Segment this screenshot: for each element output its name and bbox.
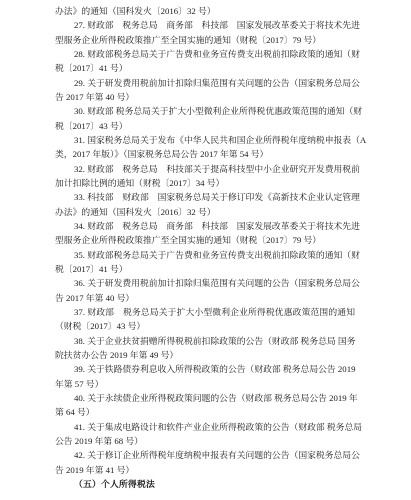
wrapped-line: 办法》的通知（国科发火〔2016〕32 号） [55, 4, 355, 18]
wrapped-line: 告 2017 年第 40 号） [55, 90, 355, 104]
list-item-line: 36. 关于研发费用税前加计扣除归集范围有关问题的公告（国家税务总局公 [55, 276, 355, 290]
list-item-line: 40. 关于永续债企业所得税政策问题的公告（财政部 税务总局公告 2019 年 [55, 391, 355, 405]
wrapped-line: 加计扣除比例的通知（财税〔2017〕34 号） [55, 176, 355, 190]
wrapped-line: 办法》的通知（国科发火〔2016〕32 号） [55, 205, 355, 219]
list-item-line: 32. 财政部 税务总局 科技部关于提高科技型中小企业研究开发费用税前 [55, 162, 355, 176]
list-item-line: 35. 财政部税务总局关于广告费和业务宣传费支出税前扣除政策的通知（财 [55, 248, 355, 262]
list-item-line: 38. 关于企业扶贫捐赠所得税税前扣除政策的公告（财政部 税务总局 国务 [55, 334, 355, 348]
wrapped-line: 年第 57 号） [55, 377, 355, 391]
document-page: 办法》的通知（国科发火〔2016〕32 号） 27. 财政部 税务总局 商务部 … [55, 4, 355, 491]
list-item-line: 39. 关于铁路债券利息收入所得税政策的公告（财政部 税务总局公告 2019 [55, 362, 355, 376]
list-item-line: 29. 关于研发费用税前加计扣除归集范围有关问题的公告（国家税务总局公 [55, 76, 355, 90]
list-item-line: 37. 财政部 税务总局关于扩大小型微利企业所得税优惠政策范围的通知 [55, 305, 355, 319]
wrapped-line: 第 64 号） [55, 405, 355, 419]
wrapped-line: （财税〔2017〕43 号） [55, 319, 355, 333]
section-heading: （五）个人所得税法 [55, 477, 355, 491]
list-item-line: 41. 关于集成电路设计和软件产业企业所得税政策的公告（财政部 税务总局 [55, 420, 355, 434]
list-item-line: 31. 国家税务总局关于发布《中华人民共和国企业所得税年度纳税申报表（A [55, 133, 355, 147]
wrapped-line: 类，2017 年版）》（国家税务总局公告 2017 年第 54 号） [55, 147, 355, 161]
wrapped-line: 公告 2019 年第 68 号） [55, 434, 355, 448]
list-item-line: 42. 关于修订企业所得税年度纳税申报表有关问题的公告（国家税务总局公 [55, 448, 355, 462]
wrapped-line: 告 2017 年第 40 号） [55, 291, 355, 305]
list-item-line: 33. 科技部 财政部 国家税务总局关于修订印发《高新技术企业认定管理 [55, 190, 355, 204]
list-item-line: 27. 财政部 税务总局 商务部 科技部 国家发展改革委关于将技术先进 [55, 18, 355, 32]
wrapped-line: 税〔2017〕41 号） [55, 262, 355, 276]
wrapped-line: 告 2019 年第 41 号） [55, 463, 355, 477]
wrapped-line: 型服务企业所得税政策推广至全国实施的通知（财税〔2017〕79 号） [55, 233, 355, 247]
wrapped-line: 型服务企业所得税政策推广至全国实施的通知（财税〔2017〕79 号） [55, 33, 355, 47]
wrapped-line: 税〔2017〕41 号） [55, 61, 355, 75]
list-item-line: 34. 财政部 税务总局 商务部 科技部 国家发展改革委关于将技术先进 [55, 219, 355, 233]
list-item-line: 30. 财政部 税务总局关于扩大小型微利企业所得税优惠政策范围的通知（财 [55, 104, 355, 118]
list-item-line: 28. 财政部税务总局关于广告费和业务宣传费支出税前扣除政策的通知（财 [55, 47, 355, 61]
wrapped-line: 税〔2017〕43 号） [55, 119, 355, 133]
wrapped-line: 院扶贫办公告 2019 年第 49 号） [55, 348, 355, 362]
